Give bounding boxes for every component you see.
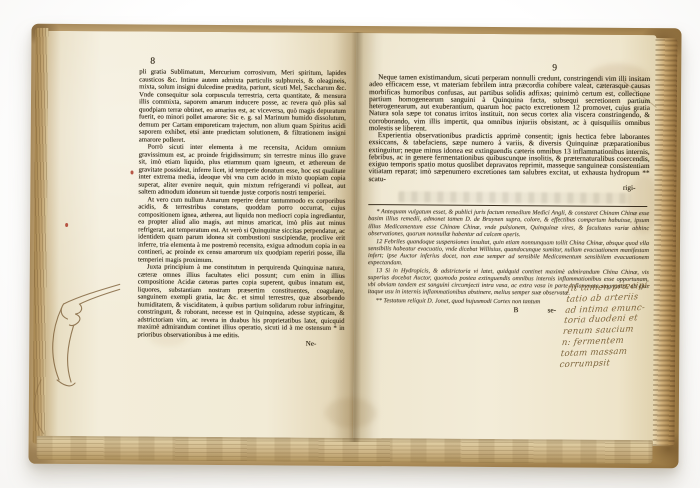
left-page-text-block: 8 pli gratia Sublimatum, Mercurium corro…	[137, 54, 346, 348]
red-ink-speck	[130, 170, 133, 174]
page-number: 8	[139, 54, 346, 69]
paragraph: Porrò sicuti inter elementa à me recensi…	[138, 143, 345, 197]
manicule-icon	[29, 268, 126, 441]
right-fore-edge	[653, 38, 678, 446]
signature-mark: B	[514, 307, 519, 314]
show-through-smudge	[398, 191, 631, 204]
footnote: * Antequam vulgatum esset, & publici jur…	[368, 208, 649, 238]
right-page-text-block: 9 Neque tamen existimandum, sicuti perpe…	[368, 60, 651, 318]
red-ink-speck	[65, 223, 68, 227]
catchword: Ne-	[137, 339, 344, 348]
paragraph: Experientia observationibus prædictis ap…	[368, 132, 649, 185]
photo-background: 8 pli gratia Sublimatum, Mercurium corro…	[0, 0, 700, 488]
paragraph: Neque tamen existimandum, sicuti perpera…	[369, 74, 650, 134]
handwritten-marginalia: fit tamen præcipi- tatio ab arteriis ad …	[559, 280, 684, 371]
paragraph: Juxta principium à me constitutum in per…	[137, 263, 345, 339]
open-book: 8 pli gratia Sublimatum, Mercurium corro…	[28, 24, 681, 469]
paragraph: pli gratia Sublimatum, Mercurium corrosi…	[139, 68, 347, 144]
footnote: 12 Febriles quandoque suspensiones insul…	[368, 238, 649, 268]
bottom-page-edges	[36, 436, 652, 464]
paragraph: At vero cum nullum Amarum reperire detur…	[138, 196, 345, 265]
catchword: se-	[548, 307, 557, 314]
footnote-rule	[368, 204, 647, 207]
